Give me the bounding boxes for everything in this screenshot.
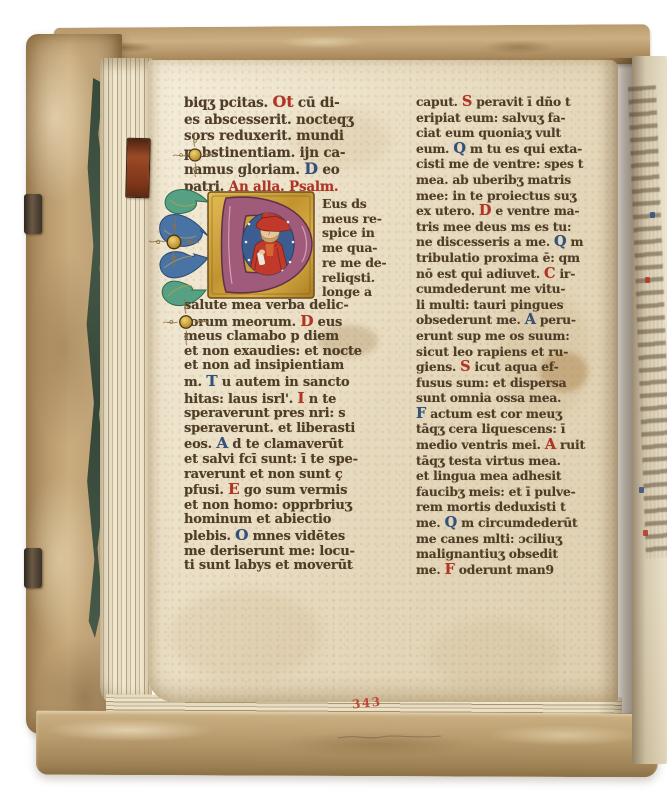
text-run: ruit	[556, 437, 585, 452]
text-run: ex utero.	[416, 203, 479, 218]
manuscript-text-line: et non ad insipientiam	[184, 359, 410, 374]
text-run: mee: in te proiectus suʒ	[416, 188, 576, 203]
manuscript-text-line: ne discesseris a me. Q m	[416, 234, 618, 250]
manuscript-text-line: erunt sup me os suum:	[416, 328, 618, 344]
red-versal: S	[460, 358, 470, 375]
text-run: n te	[304, 392, 336, 407]
text-run: speraverunt. et liberasti	[184, 421, 355, 436]
manuscript-text-line: sunt omnia ossa mea.	[416, 390, 618, 406]
text-run: ciat eum quoniaʒ vult	[416, 125, 561, 140]
marginal-gold-flourish	[148, 216, 200, 268]
marginal-gold-flourish	[162, 298, 210, 346]
text-run: hitas: laus isrl'.	[184, 392, 297, 407]
text-run: giens.	[416, 359, 460, 374]
text-run: m tu es qui exta-	[466, 141, 582, 156]
manuscript-text-line: cumdederunt me vitu-	[416, 281, 618, 297]
manuscript-text-line: obsederunt me. A peru-	[416, 312, 618, 328]
text-run: caput.	[416, 94, 462, 109]
manuscript-text-line: caput. S peravit ī dño t	[416, 94, 618, 110]
manuscript-text-line: tāqʒ testa virtus mea.	[416, 453, 618, 469]
manuscript-text-line: hitas: laus isrl'. I n te	[184, 391, 410, 408]
facing-page-blue-initial-mark	[639, 487, 644, 493]
red-versal: D	[300, 312, 313, 330]
text-run: eripiat eum: salvuʒ fa-	[416, 110, 565, 125]
text-run: tris mee deus ms es tu:	[416, 219, 571, 234]
book-bottom-edge	[36, 711, 658, 778]
text-run: et salvi fcī sunt: ī te spe-	[184, 452, 358, 467]
manuscript-text-line: eos. A d te clamaverūt	[184, 436, 410, 453]
text-run: tribulatio proxima ē: qm	[416, 250, 580, 265]
text-run: tāqʒ testa virtus mea.	[416, 453, 561, 468]
manuscript-text-line: raverunt et non sunt ç	[184, 468, 410, 483]
manuscript-text-line: et salvi fcī sunt: ī te spe-	[184, 453, 410, 468]
text-run: me.	[416, 562, 445, 577]
facing-page-red-initial-mark	[645, 277, 650, 283]
red-versal: F	[445, 561, 455, 578]
text-run: me.	[416, 515, 445, 530]
blue-versal: Q	[445, 514, 457, 531]
manuscript-text-line: me. Q m circumdederūt	[416, 515, 618, 531]
text-run: biqʒ pcitas.	[184, 95, 273, 111]
manuscript-text-line: giens. S icut aqua ef-	[416, 359, 618, 375]
text-run: oderunt man9	[455, 562, 554, 577]
manuscript-text-line: ti sunt labys et moverūt	[184, 559, 410, 574]
text-run: et non homo: opprbriuʒ	[184, 498, 352, 513]
manuscript-text-line: ex utero. D e ventre ma-	[416, 203, 618, 219]
manuscript-text-line: mee: in te proiectus suʒ	[416, 188, 618, 204]
manuscript-text-line: meus clamabo p diem	[184, 330, 410, 345]
blue-versal: D	[304, 159, 318, 178]
text-run: me deriserunt me: locu-	[184, 544, 355, 559]
text-run: hominum et abiectio	[184, 512, 331, 527]
manuscript-text-line: li multi: tauri pingues	[416, 297, 618, 313]
manuscript-text-line: fusus sum: et dispersa	[416, 375, 618, 391]
blue-versal: A	[216, 434, 228, 452]
text-run: obsederunt me.	[416, 312, 525, 327]
text-run: rem mortis deduxisti t	[416, 499, 566, 514]
text-run: e ventre ma-	[491, 203, 579, 218]
text-run: li multi: tauri pingues	[416, 297, 563, 312]
text-run: meus re-	[322, 211, 382, 226]
text-run: go sum vermis	[240, 483, 348, 498]
blue-versal: A	[525, 311, 536, 328]
blue-versal: T	[206, 372, 217, 390]
manuscript-text-line: reliqsti.	[322, 271, 412, 286]
text-run: m.	[184, 375, 206, 390]
manuscript-text-line: medio ventris mei. A ruit	[416, 437, 618, 453]
text-run: et non exaudies: et nocte	[184, 344, 362, 359]
facing-page-blue-initial-mark	[650, 212, 655, 218]
manuscript-text-line: nō est qui adiuvet. C ir-	[416, 266, 618, 282]
manuscript-book: biqʒ pcitas. Ot cū di-es abscesserit. no…	[0, 0, 667, 800]
text-run: spice in	[322, 225, 375, 240]
text-run: erunt sup me os suum:	[416, 328, 570, 343]
photograph-background: biqʒ pcitas. Ot cū di-es abscesserit. no…	[0, 0, 667, 800]
text-run: Eus ds	[322, 196, 367, 211]
text-run: longe a	[322, 284, 372, 299]
manuscript-text-line: eum. Q m tu es qui exta-	[416, 141, 618, 157]
red-versal: E	[228, 480, 239, 498]
manuscript-text-line: me canes mlti: ɔciliuʒ	[416, 531, 618, 547]
text-run: reliqsti.	[322, 270, 375, 285]
manuscript-text-line: spice in	[322, 226, 412, 241]
text-run: es abscesserit. nocteqʒ	[184, 112, 354, 128]
clasp-remnant-bottom	[24, 548, 42, 588]
manuscript-text-line: pfusi. E go sum vermis	[184, 482, 410, 499]
text-run: re me de-	[322, 255, 387, 270]
manuscript-text-line: plebis. O mnes vidētes	[184, 528, 410, 545]
text-run: m	[566, 234, 583, 249]
text-run: ir-	[555, 266, 575, 281]
text-run: ne discesseris a me.	[416, 234, 554, 249]
text-run: malignantiuʒ obsedit	[416, 546, 558, 561]
text-run: eo	[318, 162, 340, 178]
pencil-mark	[336, 730, 446, 744]
text-run: cisti me de ventre: spes t	[416, 156, 583, 171]
text-run: nō est qui adiuvet.	[416, 266, 544, 281]
text-run: me canes mlti: ɔciliuʒ	[416, 531, 562, 546]
text-run: cū di-	[293, 95, 339, 111]
text-run: tāqʒ cera liquescens: ī	[416, 421, 565, 436]
text-run: plebis.	[184, 529, 235, 544]
manuscript-text-line: et lingua mea adhesit	[416, 468, 618, 484]
manuscript-text-line: me deriserunt me: locu-	[184, 545, 410, 560]
manuscript-text-line: malignantiuʒ obsedit	[416, 546, 618, 562]
red-versal: S	[462, 93, 472, 110]
leather-index-tab	[125, 138, 151, 199]
text-run: cumdederunt me vitu-	[416, 281, 565, 296]
text-run: ti sunt labys et moverūt	[184, 558, 353, 573]
manuscript-text-line: torum meorum. D eus	[184, 314, 410, 331]
text-run: peravit ī dño t	[472, 94, 570, 109]
manuscript-text-line: cisti me de ventre: spes t	[416, 156, 618, 172]
facing-page-edge	[632, 56, 667, 764]
manuscript-text-line: faucibʒ meis: et ī pulve-	[416, 484, 618, 500]
facing-page-red-initial-mark	[643, 530, 648, 536]
text-run: mnes vidētes	[248, 529, 345, 544]
manuscript-text-line: ciat eum quoniaʒ vult	[416, 125, 618, 141]
left-column-beside-initial: Eus dsmeus re-spice inme qua-re me de-re…	[322, 197, 412, 300]
manuscript-text-line: eripiat eum: salvuʒ fa-	[416, 110, 618, 126]
blue-versal: Q	[453, 140, 465, 157]
manuscript-text-line: me qua-	[322, 241, 412, 256]
facing-page-text-lines	[628, 85, 667, 558]
manuscript-text-line: re me de-	[322, 256, 412, 271]
text-run: m circumdederūt	[457, 515, 577, 530]
text-run: peru-	[536, 312, 576, 327]
blue-versal: Q	[554, 233, 566, 250]
text-run: me qua-	[322, 240, 377, 255]
blue-versal: O	[235, 526, 248, 544]
gutter-shadow	[598, 58, 634, 714]
manuscript-text-line: salute mea verba delic-	[184, 299, 410, 314]
text-run: fusus sum: et dispersa	[416, 375, 566, 390]
text-run: faucibʒ meis: et ī pulve-	[416, 484, 576, 499]
manuscript-text-line: tāqʒ cera liquescens: ī	[416, 421, 618, 437]
red-versal: C	[544, 265, 555, 282]
manuscript-text-line: tris mee deus ms es tu:	[416, 219, 618, 235]
manuscript-text-line: speraverunt pres nri: s	[184, 407, 410, 422]
blue-versal: F	[416, 405, 426, 422]
manuscript-text-line: sicut leo rapiens et ru-	[416, 344, 618, 360]
text-run: sicut leo rapiens et ru-	[416, 344, 568, 359]
text-run: pfusi.	[184, 483, 228, 498]
marginal-gold-flourish	[172, 132, 218, 178]
clasp-remnant-top	[24, 194, 42, 234]
manuscript-text-line: mea. ab uberibʒ matris	[416, 172, 618, 188]
right-column: caput. S peravit ī dño teripiat eum: sal…	[416, 94, 618, 577]
red-versal: Ot	[273, 92, 294, 111]
manuscript-text-line: es abscesserit. nocteqʒ	[184, 112, 410, 129]
text-run: eus	[313, 315, 342, 330]
manuscript-text-line: tribulatio proxima ē: qm	[416, 250, 618, 266]
text-run: sunt omnia ossa mea.	[416, 390, 561, 405]
text-run: speraverunt pres nri: s	[184, 406, 345, 421]
left-column-lower-lines: salute mea verba delic-torum meorum. D e…	[184, 299, 410, 574]
manuscript-text-line: biqʒ pcitas. Ot cū di-	[184, 94, 410, 112]
red-versal: D	[479, 202, 491, 219]
text-run: mea. ab uberibʒ matris	[416, 172, 571, 187]
manuscript-text-line: me. F oderunt man9	[416, 562, 618, 578]
red-versal: A	[545, 436, 556, 453]
manuscript-text-line: F actum est cor meuʒ	[416, 406, 618, 422]
manuscript-text-line: hominum et abiectio	[184, 513, 410, 528]
manuscript-text-line: rem mortis deduxisti t	[416, 499, 618, 515]
text-run: raverunt et non sunt ç	[184, 467, 343, 482]
text-run: et lingua mea adhesit	[416, 468, 561, 483]
manuscript-text-line: et non homo: opprbriuʒ	[184, 499, 410, 514]
manuscript-text-line: Eus ds	[322, 197, 412, 212]
manuscript-text-line: meus re-	[322, 212, 412, 227]
text-run: icut aqua ef-	[470, 359, 558, 374]
text-run: medio ventris mei.	[416, 437, 545, 452]
text-run: eum.	[416, 141, 453, 156]
text-run: actum est cor meuʒ	[426, 406, 562, 421]
manuscript-text-line: et non exaudies: et nocte	[184, 345, 410, 360]
text-run: u autem in sancto	[217, 375, 349, 390]
text-run: d te clamaverūt	[228, 437, 343, 452]
text-run: eos.	[184, 437, 216, 452]
